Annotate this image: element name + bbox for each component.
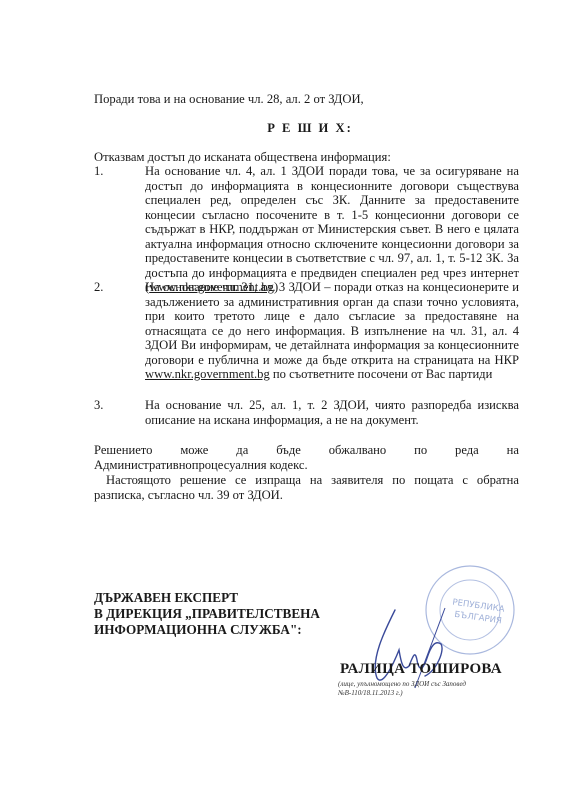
signer-name: РАЛИЦА ТОШИРОВА: [340, 661, 502, 678]
item-2-text-before: На основание чл. 31, ал. 3 ЗДОИ – поради…: [145, 280, 519, 367]
item-3-text: На основание чл. 25, ал. 1, т. 2 ЗДОИ, ч…: [145, 398, 519, 427]
item-2-text-after: по съответните посочени от Вас партиди: [270, 367, 493, 381]
delivery-paragraph-line2: разписка, съгласно чл. 39 от ЗДОИ.: [94, 488, 283, 502]
item-2-number: 2.: [94, 280, 103, 295]
signatory-title-line1: ДЪРЖАВЕН ЕКСПЕРТ: [94, 590, 320, 606]
refusal-line: Отказвам достъп до исканата обществена и…: [94, 150, 391, 164]
item-2-text: На основание чл. 31, ал. 3 ЗДОИ – поради…: [145, 280, 519, 382]
item-1-text-before: На основание чл. 4, ал. 1 ЗДОИ поради то…: [145, 164, 519, 294]
scanned-document-page: Поради това и на основание чл. 28, ал. 2…: [0, 0, 580, 800]
signer-note-line2: №В-110/18.11.2013 г.): [338, 689, 466, 698]
nkr-link-2[interactable]: www.nkr.government.bg: [145, 367, 270, 381]
intro-paragraph: Поради това и на основание чл. 28, ал. 2…: [94, 92, 364, 106]
appeal-paragraph-line1: Решението може да бъде обжалвано по реда…: [94, 443, 519, 457]
item-1-number: 1.: [94, 164, 103, 179]
signer-authorization-note: (лице, упълномощено по ЗДОИ със Заповед …: [338, 680, 466, 698]
signatory-title: ДЪРЖАВЕН ЕКСПЕРТ В ДИРЕКЦИЯ „ПРАВИТЕЛСТВ…: [94, 590, 320, 638]
signatory-title-line3: ИНФОРМАЦИОННА СЛУЖБА":: [94, 622, 320, 638]
signatory-title-line2: В ДИРЕКЦИЯ „ПРАВИТЕЛСТВЕНА: [94, 606, 320, 622]
delivery-paragraph-line1: Настоящото решение се изпраща на заявите…: [106, 473, 519, 487]
decision-heading: Р Е Ш И Х:: [0, 121, 580, 135]
item-1-text: На основание чл. 4, ал. 1 ЗДОИ поради то…: [145, 164, 519, 295]
item-3-number: 3.: [94, 398, 103, 413]
appeal-paragraph-line2: Административнопроцесуалния кодекс.: [94, 458, 308, 472]
signer-note-line1: (лице, упълномощено по ЗДОИ със Заповед: [338, 680, 466, 689]
